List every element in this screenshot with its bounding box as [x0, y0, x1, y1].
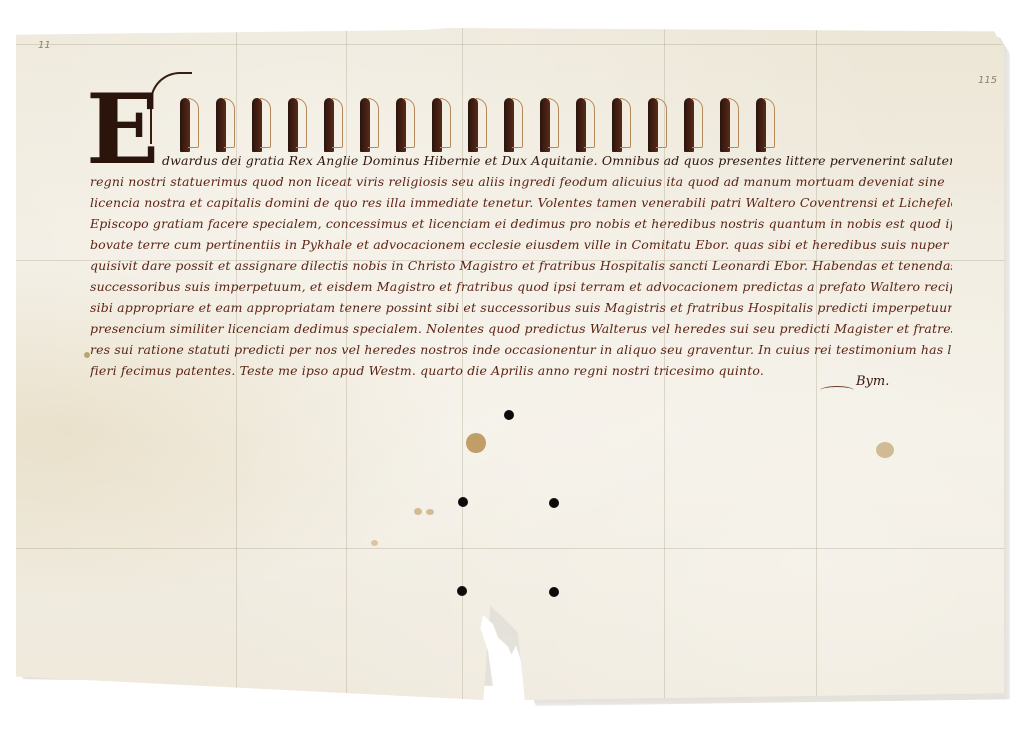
ink-stain	[426, 509, 434, 515]
folio-mark-left: 11	[38, 40, 51, 51]
text-line: bovate terre cum pertinentiis in Pykhale…	[90, 234, 952, 255]
text-line: presencium similiter licenciam dedimus s…	[90, 318, 952, 339]
ascender-stroke	[648, 98, 658, 152]
elongated-ascenders	[180, 98, 820, 158]
ascender-stroke	[756, 98, 766, 152]
fold-line	[16, 44, 1004, 45]
seal-hole	[457, 586, 467, 596]
folio-mark-right: 115	[978, 75, 997, 86]
ascender-stroke	[324, 98, 334, 152]
ascender-stroke	[576, 98, 586, 152]
ink-stain	[876, 442, 894, 458]
seal-hole	[549, 498, 559, 508]
seal-hole	[549, 587, 559, 597]
text-line: fieri fecimus patentes. Teste me ipso ap…	[90, 360, 952, 381]
text-line: dwardus dei gratia Rex Anglie Dominus Hi…	[162, 150, 952, 171]
ascender-stroke	[540, 98, 550, 152]
ascender-stroke	[288, 98, 298, 152]
text-line: successoribus suis imperpetuum, et eisde…	[90, 276, 952, 297]
ascender-stroke	[180, 98, 190, 152]
ascender-stroke	[468, 98, 478, 152]
ink-stain	[466, 433, 486, 453]
ascender-stroke	[432, 98, 442, 152]
ascender-stroke	[252, 98, 262, 152]
ascender-stroke	[504, 98, 514, 152]
seal-hole	[504, 410, 514, 420]
ascender-stroke	[360, 98, 370, 152]
text-line: res sui ratione statuti predicti per nos…	[90, 339, 952, 360]
ascender-stroke	[612, 98, 622, 152]
signature-flourish	[820, 386, 854, 395]
ink-stain	[414, 508, 422, 515]
text-line: licencia nostra et capitalis domini de q…	[90, 192, 952, 213]
ascender-stroke	[684, 98, 694, 152]
ascender-stroke	[396, 98, 406, 152]
clerk-signature: Bym.	[856, 374, 889, 389]
text-line: sibi appropriare et eam appropriatam ten…	[90, 297, 952, 318]
text-line: Episcopo gratiam facere specialem, conce…	[90, 213, 952, 234]
ascender-stroke	[216, 98, 226, 152]
charter-text: dwardus dei gratia Rex Anglie Dominus Hi…	[162, 150, 952, 381]
seal-hole	[458, 497, 468, 507]
ascender-stroke	[720, 98, 730, 152]
text-line: regni nostri statuerimus quod non liceat…	[90, 171, 952, 192]
ink-stain	[371, 540, 378, 546]
text-line: quisivit dare possit et assignare dilect…	[90, 255, 952, 276]
fold-line	[16, 548, 1004, 549]
